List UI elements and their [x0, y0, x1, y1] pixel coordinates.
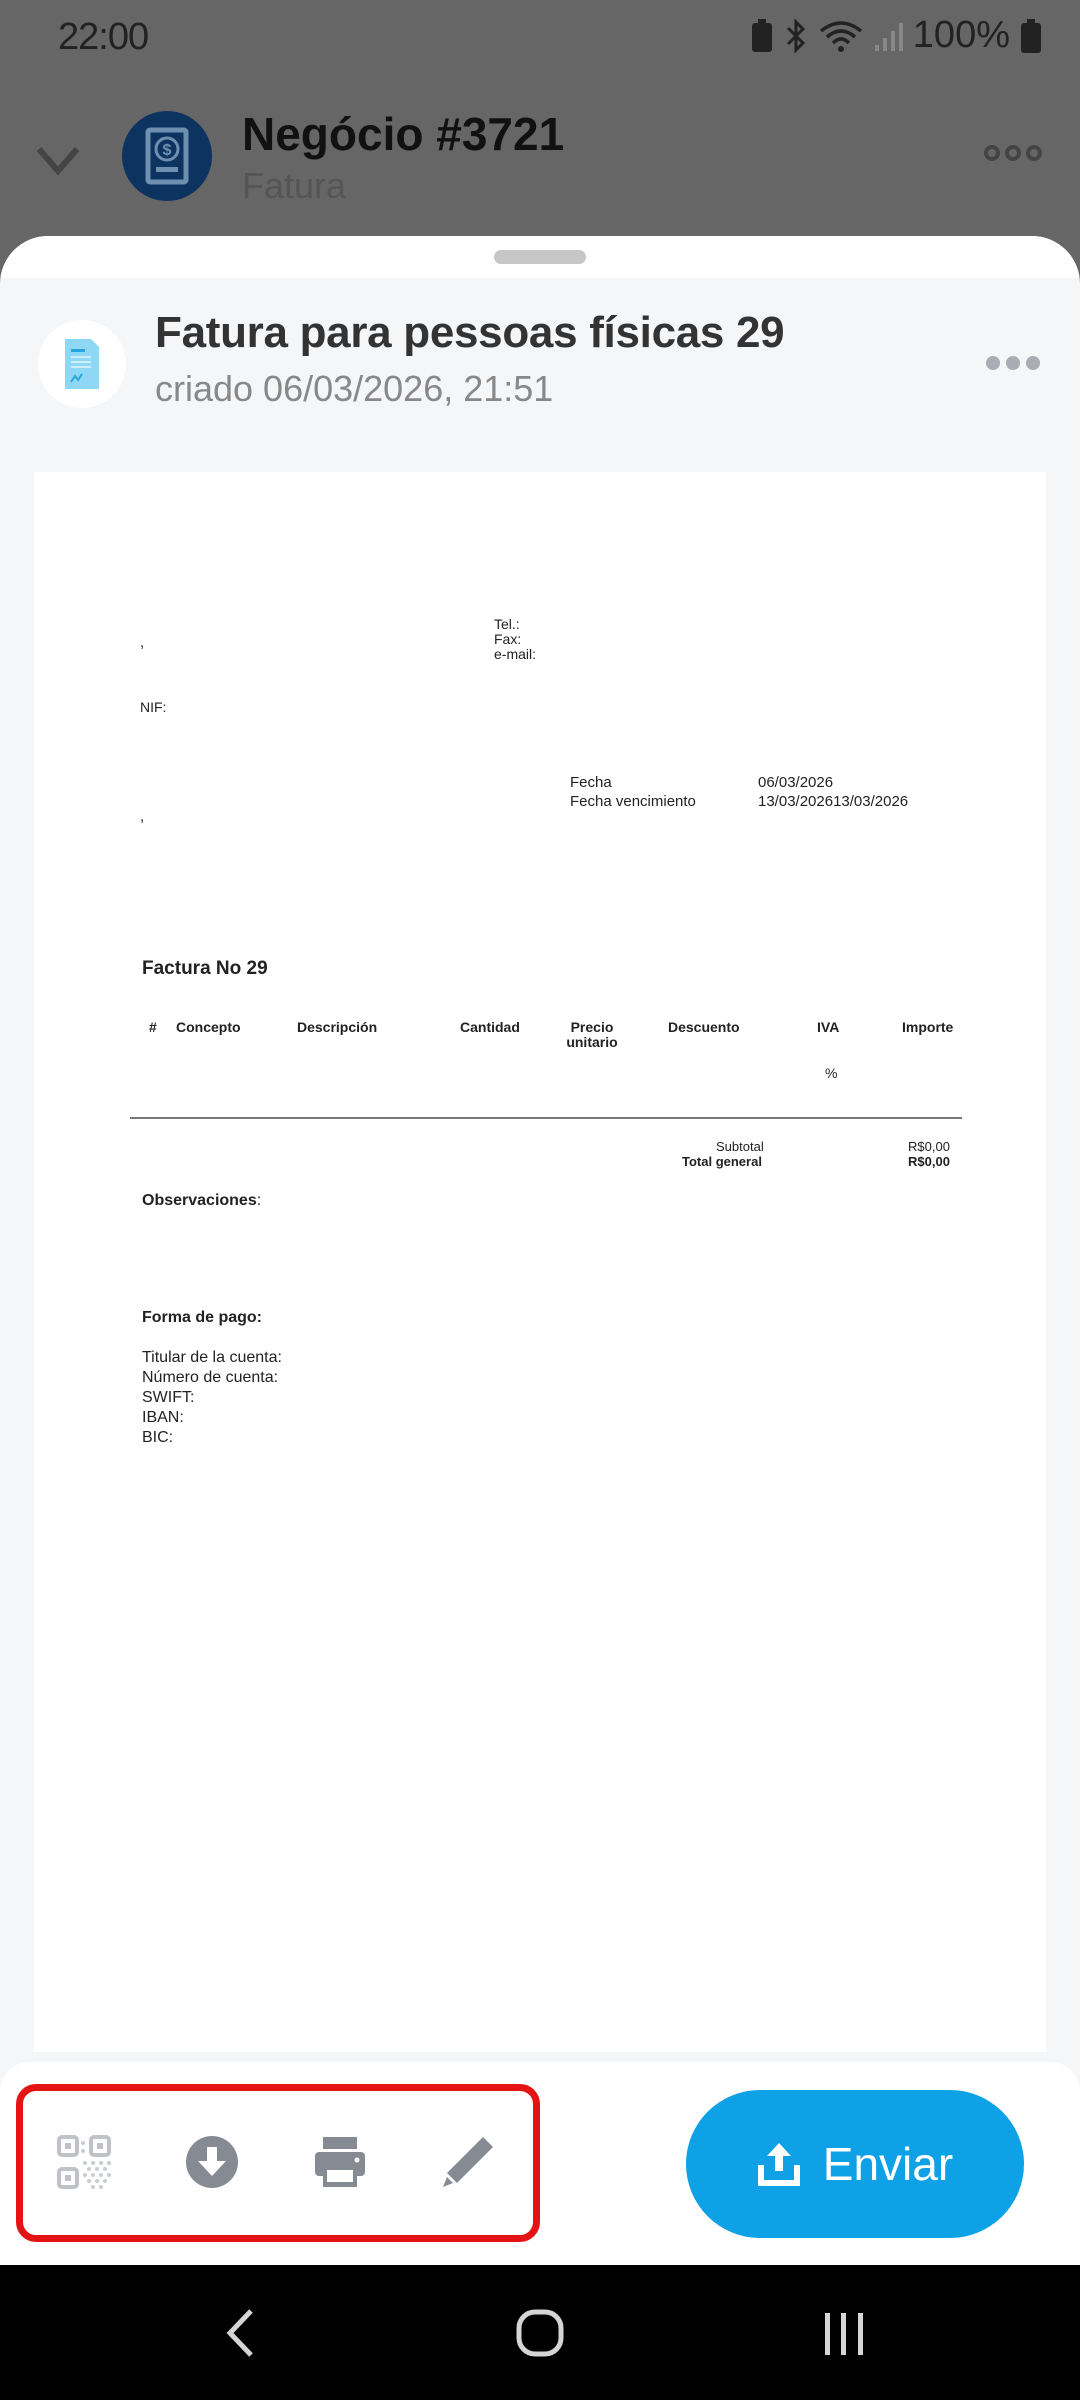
payment-bic: BIC:: [142, 1428, 173, 1448]
document-more-icon[interactable]: [986, 356, 1040, 370]
system-nav-bar: [0, 2265, 1080, 2400]
contact-email: e-mail:: [494, 647, 536, 662]
col-concepto: Concepto: [176, 1020, 241, 1035]
payment-account: Número de cuenta:: [142, 1368, 278, 1388]
col-descripcion: Descripción: [297, 1020, 377, 1035]
invoice-dollar-icon: $: [145, 127, 189, 185]
wifi-icon: [819, 19, 863, 53]
payment-iban: IBAN:: [142, 1408, 184, 1428]
col-cantidad: Cantidad: [460, 1020, 520, 1035]
document-created: criado 06/03/2026, 21:51: [155, 368, 553, 410]
address-comma: ,: [140, 634, 144, 652]
battery-percent: 100%: [913, 14, 1010, 57]
print-icon: [315, 2135, 365, 2189]
signal-icon: [873, 19, 903, 53]
document-title: Fatura para pessoas físicas 29: [155, 308, 784, 358]
nav-recents-button[interactable]: [812, 2305, 876, 2361]
col-importe: Importe: [902, 1020, 953, 1035]
deal-title: Negócio #3721: [242, 107, 564, 161]
home-icon: [515, 2308, 565, 2358]
qr-code-icon: [57, 2135, 111, 2189]
upload-icon: [757, 2141, 801, 2187]
due-date-label: Fecha vencimiento: [570, 793, 696, 811]
status-bar: 22:00 100%: [0, 0, 1080, 80]
document-icon: [62, 336, 102, 392]
contact-fax: Fax:: [494, 632, 521, 647]
payment-swift: SWIFT:: [142, 1388, 194, 1408]
battery-saver-icon: [751, 19, 773, 53]
observaciones-colon: :: [257, 1192, 261, 1209]
svg-text:$: $: [163, 142, 172, 159]
date-label: Fecha: [570, 774, 612, 792]
invoice-number: Factura No 29: [142, 960, 268, 978]
contact-tel: Tel.:: [494, 617, 520, 632]
deal-subtitle: Fatura: [242, 165, 346, 207]
document-header: Fatura para pessoas físicas 29 criado 06…: [0, 278, 1080, 468]
chevron-down-icon[interactable]: [36, 145, 80, 175]
col-descuento: Descuento: [668, 1020, 740, 1035]
clock: 22:00: [58, 16, 148, 59]
nif-label: NIF:: [140, 698, 166, 716]
deal-avatar: $: [122, 111, 212, 201]
due-date-value: 13/03/202613/03/2026: [758, 793, 908, 811]
send-label: Enviar: [823, 2137, 953, 2191]
date-value: 06/03/2026: [758, 774, 833, 792]
drag-handle[interactable]: [494, 250, 586, 264]
sheet-handle-area: [0, 236, 1080, 278]
status-icons: 100%: [751, 14, 1042, 57]
edit-button[interactable]: [440, 2134, 496, 2190]
bottom-sheet: Fatura para pessoas físicas 29 criado 06…: [0, 236, 1080, 2266]
nav-home-button[interactable]: [508, 2305, 572, 2361]
iva-percent: %: [825, 1064, 837, 1082]
total-label: Total general: [682, 1153, 762, 1171]
col-iva: IVA: [817, 1020, 839, 1035]
bluetooth-icon: [783, 19, 809, 53]
edit-icon: [441, 2135, 495, 2189]
observaciones: Observaciones:: [142, 1192, 261, 1210]
col-precio-unitario: Precio unitario: [562, 1020, 622, 1050]
observaciones-label: Observaciones: [142, 1192, 257, 1209]
print-button[interactable]: [312, 2134, 368, 2190]
payment-holder: Titular de la cuenta:: [142, 1348, 282, 1368]
invoice-preview[interactable]: , Tel.: Fax: e-mail: NIF: Fecha 06/03/20…: [34, 472, 1046, 2052]
download-button[interactable]: [184, 2134, 240, 2190]
client-comma: ,: [140, 808, 144, 826]
action-bar: Enviar: [0, 2062, 1080, 2266]
send-button[interactable]: Enviar: [686, 2090, 1024, 2238]
download-icon: [185, 2135, 239, 2189]
recents-icon: [820, 2309, 868, 2357]
back-icon: [225, 2307, 255, 2359]
qr-code-button[interactable]: [56, 2134, 112, 2190]
battery-icon: [1020, 18, 1042, 54]
table-divider: [130, 1117, 962, 1119]
total-value: R$0,00: [908, 1153, 950, 1171]
nav-back-button[interactable]: [212, 2305, 268, 2361]
more-options-icon[interactable]: [984, 145, 1042, 161]
document-icon-badge: [38, 320, 126, 408]
payment-title: Forma de pago:: [142, 1309, 262, 1327]
deal-header: $ Negócio #3721 Fatura: [0, 95, 1080, 225]
col-number: #: [149, 1020, 157, 1035]
